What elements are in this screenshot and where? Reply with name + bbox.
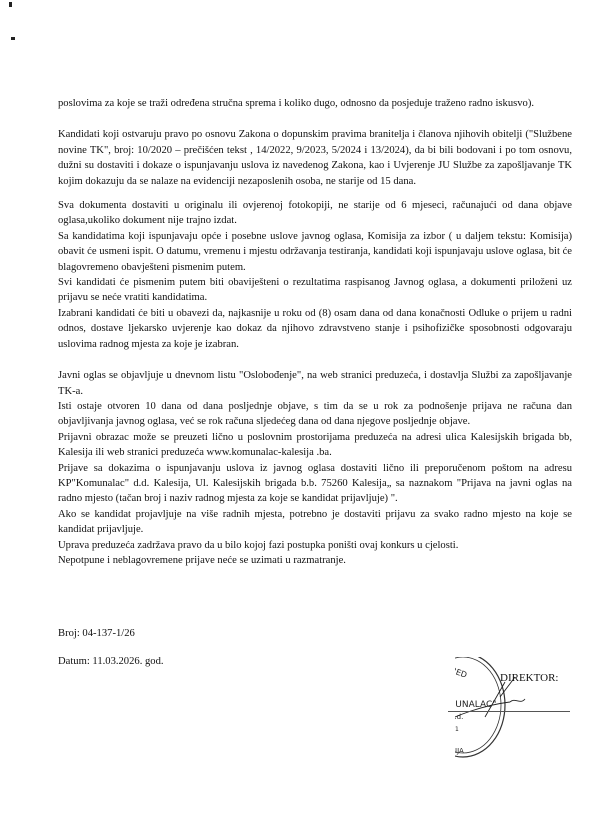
paragraph: Sva dokumenta dostaviti u originalu ili …	[58, 198, 572, 229]
paragraph: Prijave sa dokazima o ispunjavanju uslov…	[58, 461, 572, 507]
scan-artifact-mark	[11, 37, 15, 40]
director-label: DIREKTOR:	[500, 672, 558, 684]
paragraph: Nepotpune i neblagovremene prijave neće …	[58, 553, 572, 568]
document-number: Broj: 04-137-1/26	[58, 628, 135, 639]
paragraph-spacer	[58, 352, 572, 368]
paragraph: Kandidati koji ostvaruju pravo po osnovu…	[58, 127, 572, 189]
paragraph: Javni oglas se objavljuje u dnevnom list…	[58, 368, 572, 399]
scan-artifact-mark	[9, 2, 12, 7]
paragraph: Uprava preduzeća zadržava pravo da u bil…	[58, 538, 572, 553]
paragraph: poslovima za koje se traži određena stru…	[58, 96, 572, 111]
paragraph: Isti ostaje otvoren 10 dana od dana posl…	[58, 399, 572, 430]
stamp-number: 1	[455, 726, 459, 733]
paragraph: Svi kandidati će pismenim putem biti oba…	[58, 275, 572, 306]
paragraph: Izabrani kandidati će biti u obavezi da,…	[58, 306, 572, 352]
paragraph: Prijavni obrazac može se preuzeti lično …	[58, 430, 572, 461]
paragraph: Sa kandidatima koji ispunjavaju opće i p…	[58, 229, 572, 275]
stamp-bottom-text: KALESIJA	[455, 747, 464, 755]
document-body: poslovima za koje se traži određena stru…	[58, 96, 572, 568]
paragraph-spacer	[58, 189, 572, 198]
paragraph: Ako se kandidat projavljuje na više radn…	[58, 507, 572, 538]
document-date: Datum: 11.03.2026. god.	[58, 656, 164, 667]
stamp-outer-text: NO PRED	[455, 659, 468, 680]
signature-line	[448, 711, 570, 712]
paragraph-spacer	[58, 111, 572, 127]
